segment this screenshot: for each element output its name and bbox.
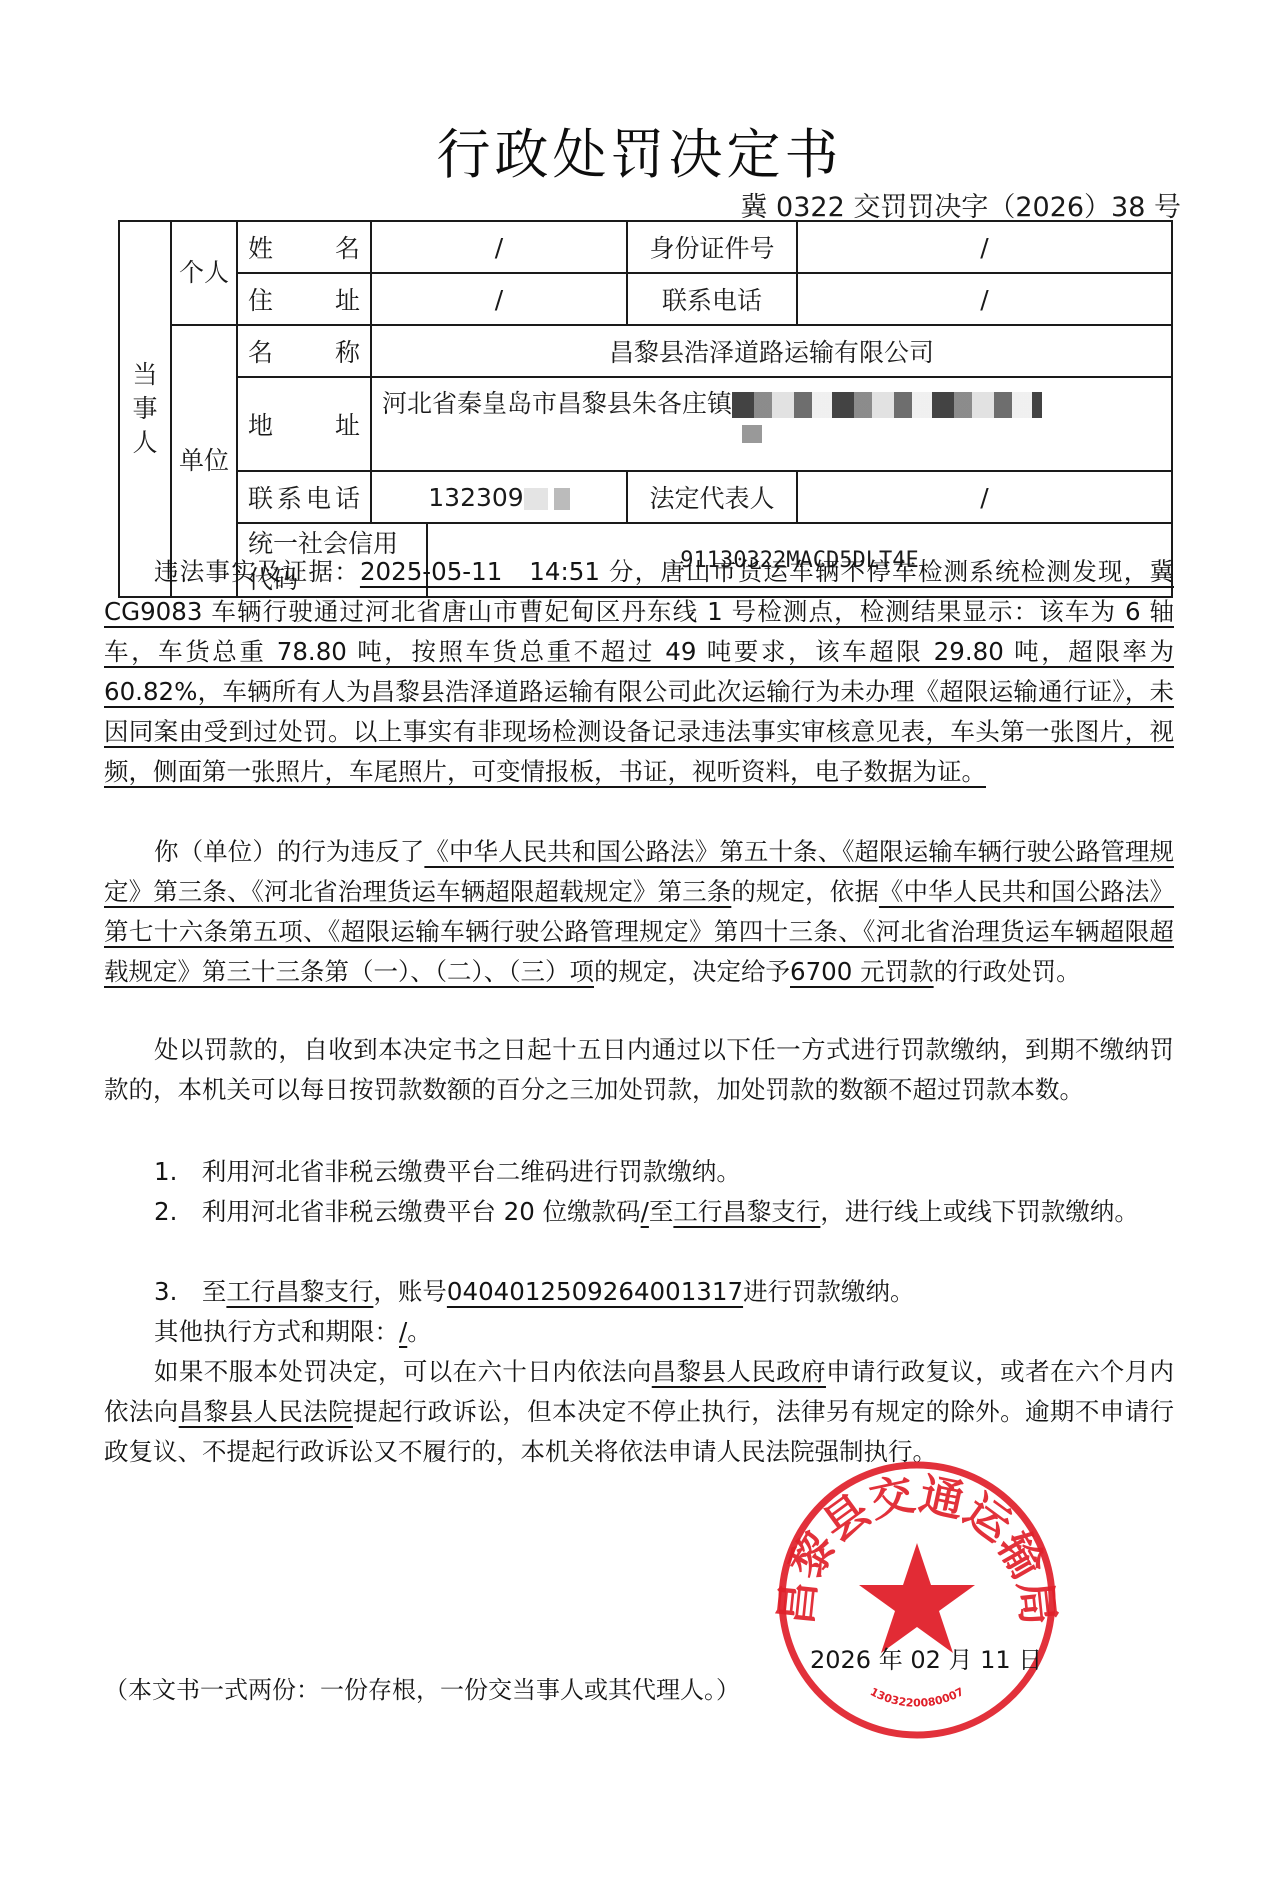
facts-label: 违法事实及证据： <box>154 557 360 586</box>
violation-paragraph: 你（单位）的行为违反了《中华人民共和国公路法》第五十条、《超限运输车辆行驶公路管… <box>104 832 1174 992</box>
individual-group-label: 个人 <box>171 221 237 325</box>
method3-suffix: 进行罚款缴纳。 <box>743 1277 915 1306</box>
violation-suffix: 的规定，决定给予 <box>594 957 790 986</box>
penalty-amount: 6700 元罚款 <box>790 957 934 986</box>
payment-method-2: 2. 利用河北省非税云缴费平台 20 位缴款码/至工行昌黎支行，进行线上或线下罚… <box>104 1192 1174 1232</box>
unit-address-cell: 河北省秦皇岛市昌黎县朱各庄镇 <box>371 377 1172 471</box>
method2-to: 至 <box>649 1197 674 1226</box>
method3-bank: 工行昌黎支行 <box>226 1277 373 1306</box>
unit-address-value: 河北省秦皇岛市昌黎县朱各庄镇 <box>382 389 732 418</box>
method2-prefix: 2. 利用河北省非税云缴费平台 20 位缴款码 <box>154 1197 641 1226</box>
other-execution: 其他执行方式和期限：/。 <box>104 1312 1224 1352</box>
individual-address-label: 住 址 <box>237 273 371 325</box>
payment-method-3: 3. 至工行昌黎支行，账号0404012509264001317进行罚款缴纳。 <box>104 1272 1224 1312</box>
individual-phone-label: 联系电话 <box>627 273 797 325</box>
violation-middle: 的规定，依据 <box>731 877 879 906</box>
facts-text: 2025-05-11 14:51 分，唐山市货运车辆不停车检测系统检测发现，冀 … <box>104 557 1174 786</box>
individual-id-label: 身份证件号 <box>627 221 797 273</box>
violation-end: 的行政处罚。 <box>934 957 1081 986</box>
appeal-text-1: 如果不服本处罚决定，可以在六十日内依法向 <box>154 1357 652 1386</box>
violation-prefix: 你（单位）的行为违反了 <box>154 837 424 866</box>
svg-text:1303220080007: 1303220080007 <box>868 1685 966 1710</box>
unit-name-value: 昌黎县浩泽道路运输有限公司 <box>371 325 1172 377</box>
party-label: 当事人 <box>119 221 171 597</box>
unit-phone-cell: 132309 <box>371 471 627 523</box>
payment-method-1: 1. 利用河北省非税云缴费平台二维码进行罚款缴纳。 <box>104 1152 1224 1192</box>
appeal-paragraph: 如果不服本处罚决定，可以在六十日内依法向昌黎县人民政府申请行政复议，或者在六个月… <box>104 1352 1174 1472</box>
redacted-block <box>524 488 570 510</box>
payment-intro: 处以罚款的，自收到本决定书之日起十五日内通过以下任一方式进行罚款缴纳，到期不缴纳… <box>104 1030 1174 1110</box>
party-info-table: 当事人 个人 姓 名 / 身份证件号 / 住 址 / 联系电话 / 单位 名 称… <box>118 220 1173 598</box>
legal-rep-label: 法定代表人 <box>627 471 797 523</box>
court-name: 昌黎县人民法院 <box>179 1397 353 1426</box>
unit-name-label: 名 称 <box>237 325 371 377</box>
individual-address-value: / <box>371 273 627 325</box>
footnote: （本文书一式两份：一份存根，一份交当事人或其代理人。） <box>104 1670 740 1705</box>
issue-date: 2026 年 02 月 11 日 <box>810 1640 1042 1675</box>
other-label: 其他执行方式和期限： <box>154 1317 399 1346</box>
document-title: 行政处罚决定书 <box>0 112 1279 189</box>
review-body: 昌黎县人民政府 <box>652 1357 826 1386</box>
individual-name-value: / <box>371 221 627 273</box>
unit-phone-label: 联系电话 <box>237 471 371 523</box>
individual-name-label: 姓 名 <box>237 221 371 273</box>
account-number: 0404012509264001317 <box>447 1277 743 1306</box>
redacted-block <box>742 425 762 443</box>
unit-phone-value: 132309 <box>428 483 523 512</box>
account-label: ，账号 <box>373 1277 447 1306</box>
payment-code: / <box>641 1197 649 1226</box>
method2-suffix: ，进行线上或线下罚款缴纳。 <box>820 1197 1139 1226</box>
unit-address-label: 地 址 <box>237 377 371 471</box>
individual-phone-value: / <box>797 273 1172 325</box>
method2-bank: 工行昌黎支行 <box>673 1197 820 1226</box>
method3-prefix: 3. 至 <box>154 1277 226 1306</box>
document-number: 冀 0322 交罚罚决字（2026）38 号 <box>740 185 1181 224</box>
individual-id-value: / <box>797 221 1172 273</box>
other-suffix: 。 <box>407 1317 432 1346</box>
redacted-block <box>732 392 1042 418</box>
legal-rep-value: / <box>797 471 1172 523</box>
official-seal-icon: 昌黎县交通运输局 1303220080007 <box>772 1455 1062 1745</box>
facts-paragraph: 违法事实及证据：2025-05-11 14:51 分，唐山市货运车辆不停车检测系… <box>104 552 1174 792</box>
